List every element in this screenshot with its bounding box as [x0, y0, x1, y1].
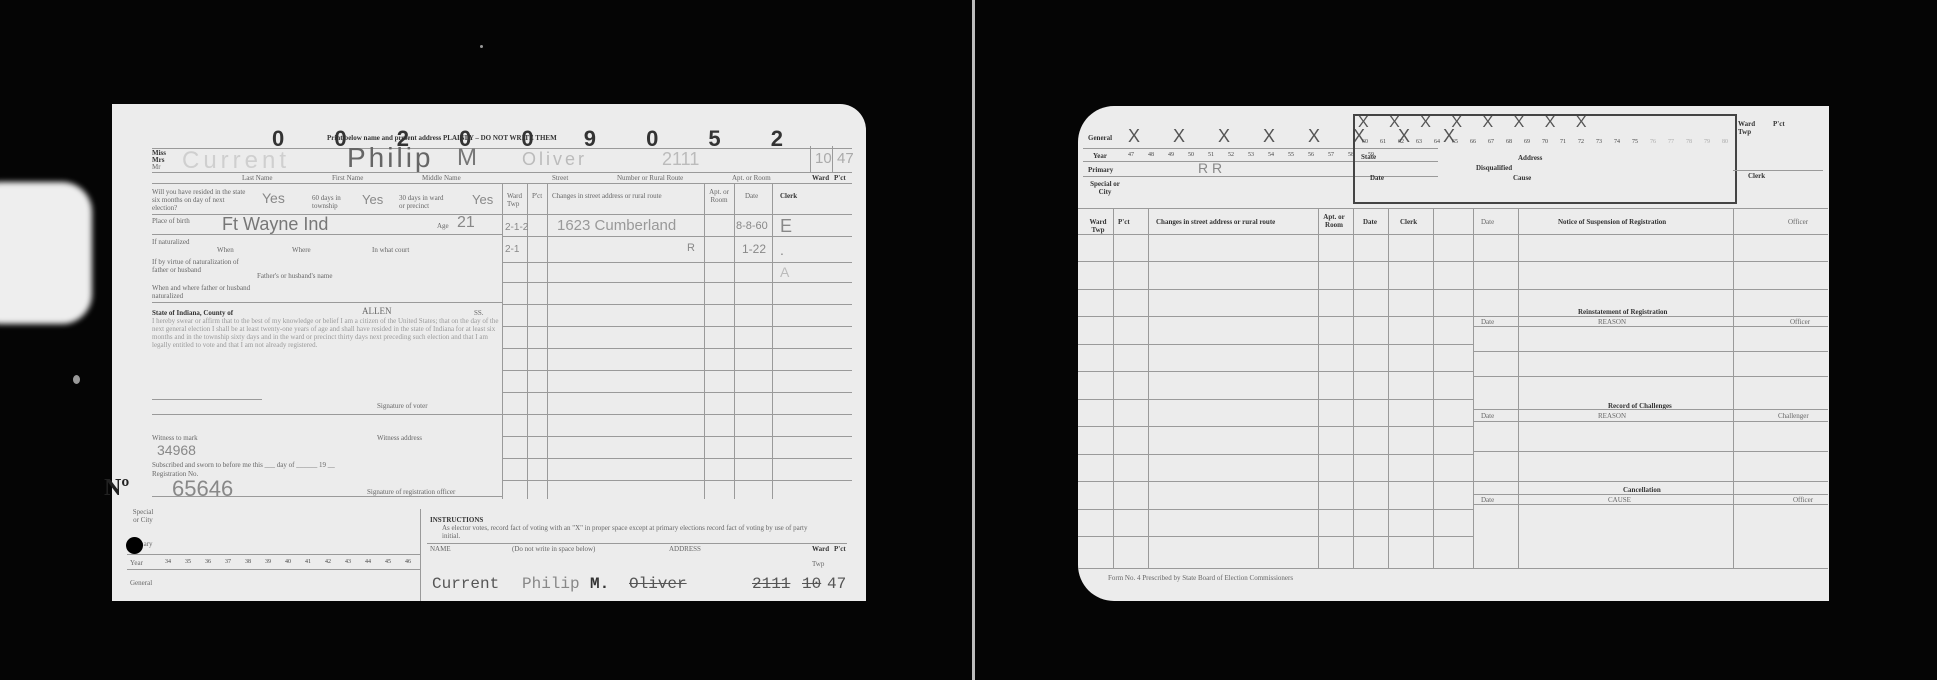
- general-vote-marks-b: X X X X X X X X: [1358, 114, 1595, 132]
- transfer-cause-label: Cause: [1513, 174, 1531, 182]
- transfer-date-label: Date: [1370, 174, 1384, 182]
- reinstatement-officer-header: Officer: [1790, 318, 1810, 326]
- age-label: Age: [437, 222, 449, 230]
- change-row-2-date: 1-22: [742, 242, 766, 256]
- typed-middle-name: M.: [590, 575, 609, 593]
- registration-card-front: 0 0 2 0 0 9 0 5 2 Print below name and p…: [112, 104, 866, 601]
- cancellation-officer-header: Officer: [1793, 496, 1813, 504]
- instr-twp-label: Twp: [812, 560, 824, 568]
- typed-ward: 10: [802, 575, 821, 593]
- back-header-apt: Apt. or Room: [1322, 213, 1346, 229]
- challenges-date-header: Date: [1481, 412, 1494, 420]
- salutation-mr: Mr: [152, 163, 161, 171]
- ward-value: 10: [815, 150, 832, 167]
- father-label: Father's or husband's name: [257, 272, 332, 280]
- street-label: Street: [552, 174, 568, 182]
- back-header-clerk: Clerk: [1400, 218, 1417, 226]
- adjacent-card-edge: [0, 182, 92, 324]
- grid-special-label: Special or City: [130, 508, 156, 524]
- oath-text: I hereby swear or affirm that to the bes…: [152, 317, 502, 349]
- change-row-2-street: R: [687, 242, 695, 254]
- birth-label: Place of birth: [152, 217, 192, 225]
- state-residency-question: Will you have resided in the state six m…: [152, 188, 247, 212]
- change-row-1-clerk: E: [780, 216, 792, 237]
- changes-header-street: Changes in street address or rural route: [552, 192, 662, 200]
- pct-value: 47: [837, 150, 854, 167]
- when-label: When: [217, 246, 234, 254]
- reinstatement-date-header: Date: [1481, 318, 1494, 326]
- ward-label: Ward: [812, 174, 829, 182]
- challenges-reason-header: REASON: [1598, 412, 1626, 420]
- header-instruction: Print below name and present address PLA…: [327, 134, 557, 142]
- ward-residency-label: 30 days in ward or precinct: [399, 194, 451, 210]
- instr-address-label: ADDRESS: [669, 545, 701, 553]
- changes-header-ward: Ward Twp: [507, 192, 527, 208]
- virtue-label: If by virtue of naturalization of father…: [152, 258, 252, 274]
- transfer-pct-label: P'ct: [1773, 120, 1785, 128]
- apt-label: Apt. or Room: [732, 174, 771, 182]
- instructions-title: INSTRUCTIONS: [430, 516, 483, 524]
- cancellation-cause-header: CAUSE: [1608, 496, 1631, 504]
- birth-value: Ft Wayne Ind: [222, 214, 328, 235]
- change-row-1-ward: 2-1-2: [505, 222, 528, 233]
- changes-header-pct: P'ct: [532, 192, 542, 200]
- middle-name-label: Middle Name: [422, 174, 461, 182]
- when-where-label: When and where father or husband natural…: [152, 284, 252, 300]
- typed-pct: 47: [827, 575, 846, 593]
- number-label: Number or Rural Route: [617, 174, 683, 182]
- film-speck: [73, 375, 80, 384]
- typed-street: Oliver: [629, 575, 687, 593]
- reinstatement-reason-header: REASON: [1598, 318, 1626, 326]
- number-value: 2111: [662, 149, 699, 170]
- grid-year-label: Year: [130, 559, 143, 567]
- form-footer: Form No. 4 Prescribed by State Board of …: [1108, 574, 1293, 582]
- grid-year-label: Year: [1093, 152, 1107, 160]
- middle-name-value: M: [457, 144, 477, 172]
- registration-card-back: General Year Primary Special or City 474…: [1078, 106, 1829, 601]
- suspension-date-header: Date: [1481, 218, 1494, 226]
- left-year-row: 34353637383940414243444546: [158, 559, 418, 565]
- typed-number: 2111: [752, 575, 790, 593]
- primary-vote-marks: R R: [1198, 160, 1222, 176]
- challenges-challenger-header: Challenger: [1778, 412, 1809, 420]
- instr-ward-label: Ward: [812, 545, 829, 553]
- age-value: 21: [457, 214, 475, 232]
- reinstatement-title: Reinstatement of Registration: [1578, 308, 1667, 316]
- subscribed-label: Subscribed and sworn to before me this _…: [152, 461, 335, 469]
- punch-hole: [126, 537, 143, 554]
- state-residency-answer: Yes: [262, 190, 285, 206]
- cancellation-title: Cancellation: [1623, 486, 1661, 494]
- oath-county: ALLEN: [362, 307, 392, 315]
- street-value: Oliver: [522, 149, 587, 170]
- transfer-disqualified-label: Disqualified: [1476, 164, 1512, 172]
- witness-address-label: Witness address: [377, 434, 422, 442]
- where-label: Where: [292, 246, 311, 254]
- naturalized-label: If naturalized: [152, 238, 192, 246]
- changes-header-date: Date: [745, 192, 758, 200]
- court-label: In what court: [372, 246, 409, 254]
- voter-signature-label: Signature of voter: [377, 402, 428, 410]
- officer-signature-label: Signature of registration officer: [367, 488, 455, 496]
- township-label: 60 days in township: [312, 194, 357, 210]
- back-header-street: Changes in street address or rural route: [1156, 218, 1275, 226]
- first-name-value: Philip: [347, 142, 433, 174]
- suspension-title: Notice of Suspension of Registration: [1558, 218, 1666, 226]
- change-row-1-street: 1623 Cumberland: [557, 217, 676, 234]
- change-row-2-ward: 2-1: [505, 244, 519, 255]
- pct-label: P'ct: [834, 174, 846, 182]
- instr-note-label: (Do not write in space below): [512, 545, 595, 553]
- film-frame-divider: [972, 0, 975, 680]
- grid-general-label: General: [1088, 134, 1112, 142]
- change-row-2-clerk: .: [780, 242, 784, 258]
- instr-name-label: NAME: [430, 545, 451, 553]
- typed-first-name: Philip: [522, 575, 580, 593]
- back-header-ward: Ward Twp: [1086, 218, 1110, 234]
- grid-general-label: General: [130, 579, 152, 587]
- oath-state-line: State of Indiana, County of: [152, 309, 233, 317]
- transfer-address-label: Address: [1518, 154, 1542, 162]
- suspension-officer-header: Officer: [1788, 218, 1808, 226]
- change-row-3-clerk: A: [780, 264, 789, 280]
- witness-handwritten: 34968: [157, 442, 196, 458]
- right-year-row-a: 47484950515253545556575859: [1121, 152, 1381, 158]
- back-header-pct: P'ct: [1118, 218, 1130, 226]
- transfer-state-label: State: [1361, 153, 1376, 161]
- witness-mark-label: Witness to mark: [152, 434, 198, 442]
- oath-ss: SS.: [474, 309, 484, 317]
- grid-primary-label: Primary: [1088, 166, 1113, 174]
- transfer-ward-label: Ward Twp: [1738, 120, 1762, 136]
- last-name-value: Current: [182, 147, 290, 175]
- ward-residency-answer: Yes: [472, 192, 493, 207]
- reg-no-prefix: Nº: [104, 476, 129, 500]
- change-row-1-date: 8-8-60: [736, 220, 768, 232]
- township-answer: Yes: [362, 192, 383, 207]
- cancellation-date-header: Date: [1481, 496, 1494, 504]
- right-year-row-b: 6061626364656667686970717273747576777879…: [1356, 139, 1734, 145]
- typed-last-name: Current: [432, 575, 499, 593]
- first-name-label: First Name: [332, 174, 363, 182]
- last-name-label: Last Name: [242, 174, 273, 182]
- instructions-text: As elector votes, record fact of voting …: [442, 524, 822, 540]
- back-header-date: Date: [1363, 218, 1377, 226]
- film-speck: [480, 45, 483, 48]
- reg-no-value: 65646: [172, 476, 233, 502]
- changes-header-clerk: Clerk: [780, 192, 797, 200]
- transfer-clerk-label: Clerk: [1748, 172, 1765, 180]
- grid-special-label: Special or City: [1088, 180, 1122, 196]
- changes-header-apt: Apt. or Room: [707, 188, 731, 204]
- instr-pct-label: P'ct: [834, 545, 846, 553]
